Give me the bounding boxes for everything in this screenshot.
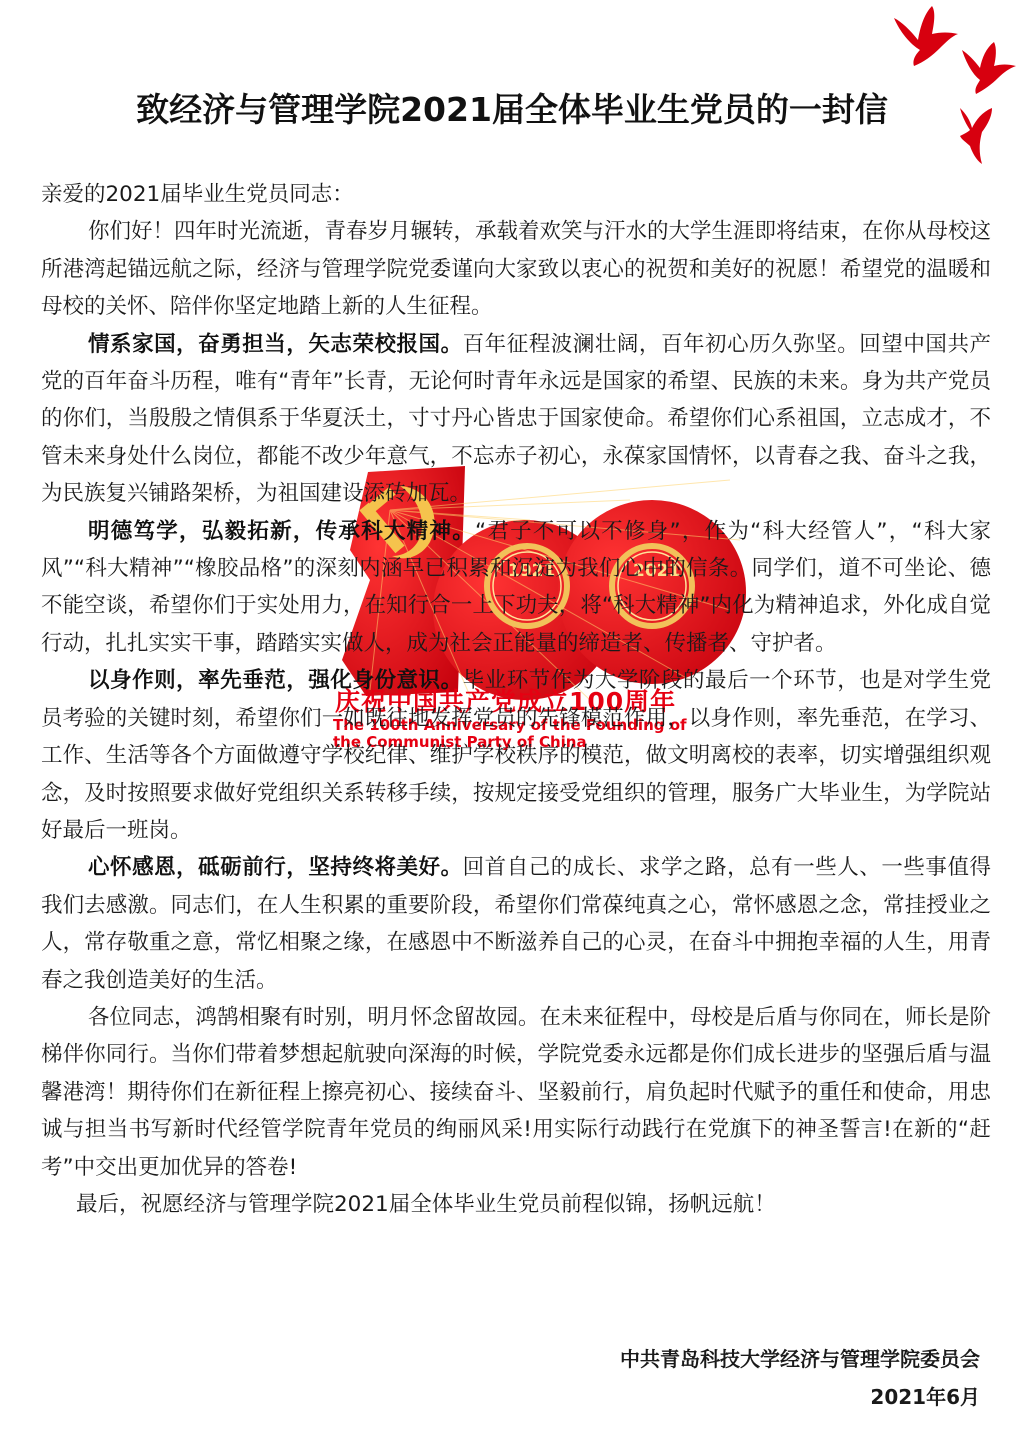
paragraph-gratitude: 心怀感恩，砥砺前行，坚持终将美好。回首自己的成长、求学之路，总有一些人、一些事值…	[41, 849, 991, 999]
paragraph-patriotism: 情系家国，奋勇担当，矢志荣校报国。百年征程波澜壮阔，百年初心历久弥坚。回望中国共…	[41, 326, 991, 513]
letter-body: 亲爱的2021届毕业生党员同志： 你们好！四年时光流逝，青春岁月辗转，承载着欢笑…	[41, 176, 991, 1223]
paragraph-text: 百年征程波澜壮阔，百年初心历久弥坚。回望中国共产党的百年奋斗历程，唯有“青年”长…	[41, 332, 991, 507]
paragraph-greeting: 你们好！四年时光流逝，青春岁月辗转，承载着欢笑与汗水的大学生涯即将结束，在你从母…	[41, 213, 991, 325]
doves-decoration	[880, 0, 1024, 170]
signature-block: 中共青岛科技大学经济与管理学院委员会 2021年6月	[620, 1340, 980, 1416]
paragraph-heading: 明德笃学，弘毅拓新，传承科大精神。	[88, 519, 475, 544]
letter-title: 致经济与管理学院2021届全体毕业生党员的一封信	[0, 84, 1024, 131]
closing-line: 最后，祝愿经济与管理学院2021届全体毕业生党员前程似锦，扬帆远航！	[41, 1186, 991, 1223]
paragraph-farewell: 各位同志，鸿鹄相聚有时别，明月怀念留故园。在未来征程中，母校是后盾与你同在，师长…	[41, 999, 991, 1186]
paragraph-heading: 心怀感恩，砥砺前行，坚持终将美好。	[88, 855, 463, 880]
paragraph-text: 你们好！四年时光流逝，青春岁月辗转，承载着欢笑与汗水的大学生涯即将结束，在你从母…	[41, 219, 991, 319]
signature-date: 2021年6月	[620, 1378, 980, 1416]
paragraph-heading: 情系家国，奋勇担当，矢志荣校报国。	[88, 332, 463, 357]
salutation: 亲爱的2021届毕业生党员同志：	[41, 176, 991, 213]
signature-organization: 中共青岛科技大学经济与管理学院委员会	[620, 1340, 980, 1378]
paragraph-text: 毕业环节作为大学阶段的最后一个环节，也是对学生党员考验的关键时刻，希望你们一如既…	[41, 668, 991, 843]
paragraph-heading: 以身作则，率先垂范，强化身份意识。	[88, 668, 463, 693]
paragraph-example: 以身作则，率先垂范，强化身份意识。毕业环节作为大学阶段的最后一个环节，也是对学生…	[41, 662, 991, 849]
paragraph-text: 各位同志，鸿鹄相聚有时别，明月怀念留故园。在未来征程中，母校是后盾与你同在，师长…	[41, 1005, 991, 1180]
dove-icon	[880, 0, 1024, 170]
paragraph-virtue: 明德笃学，弘毅拓新，传承科大精神。“君子不可以不修身”，作为“科大经管人”，“科…	[41, 513, 991, 663]
